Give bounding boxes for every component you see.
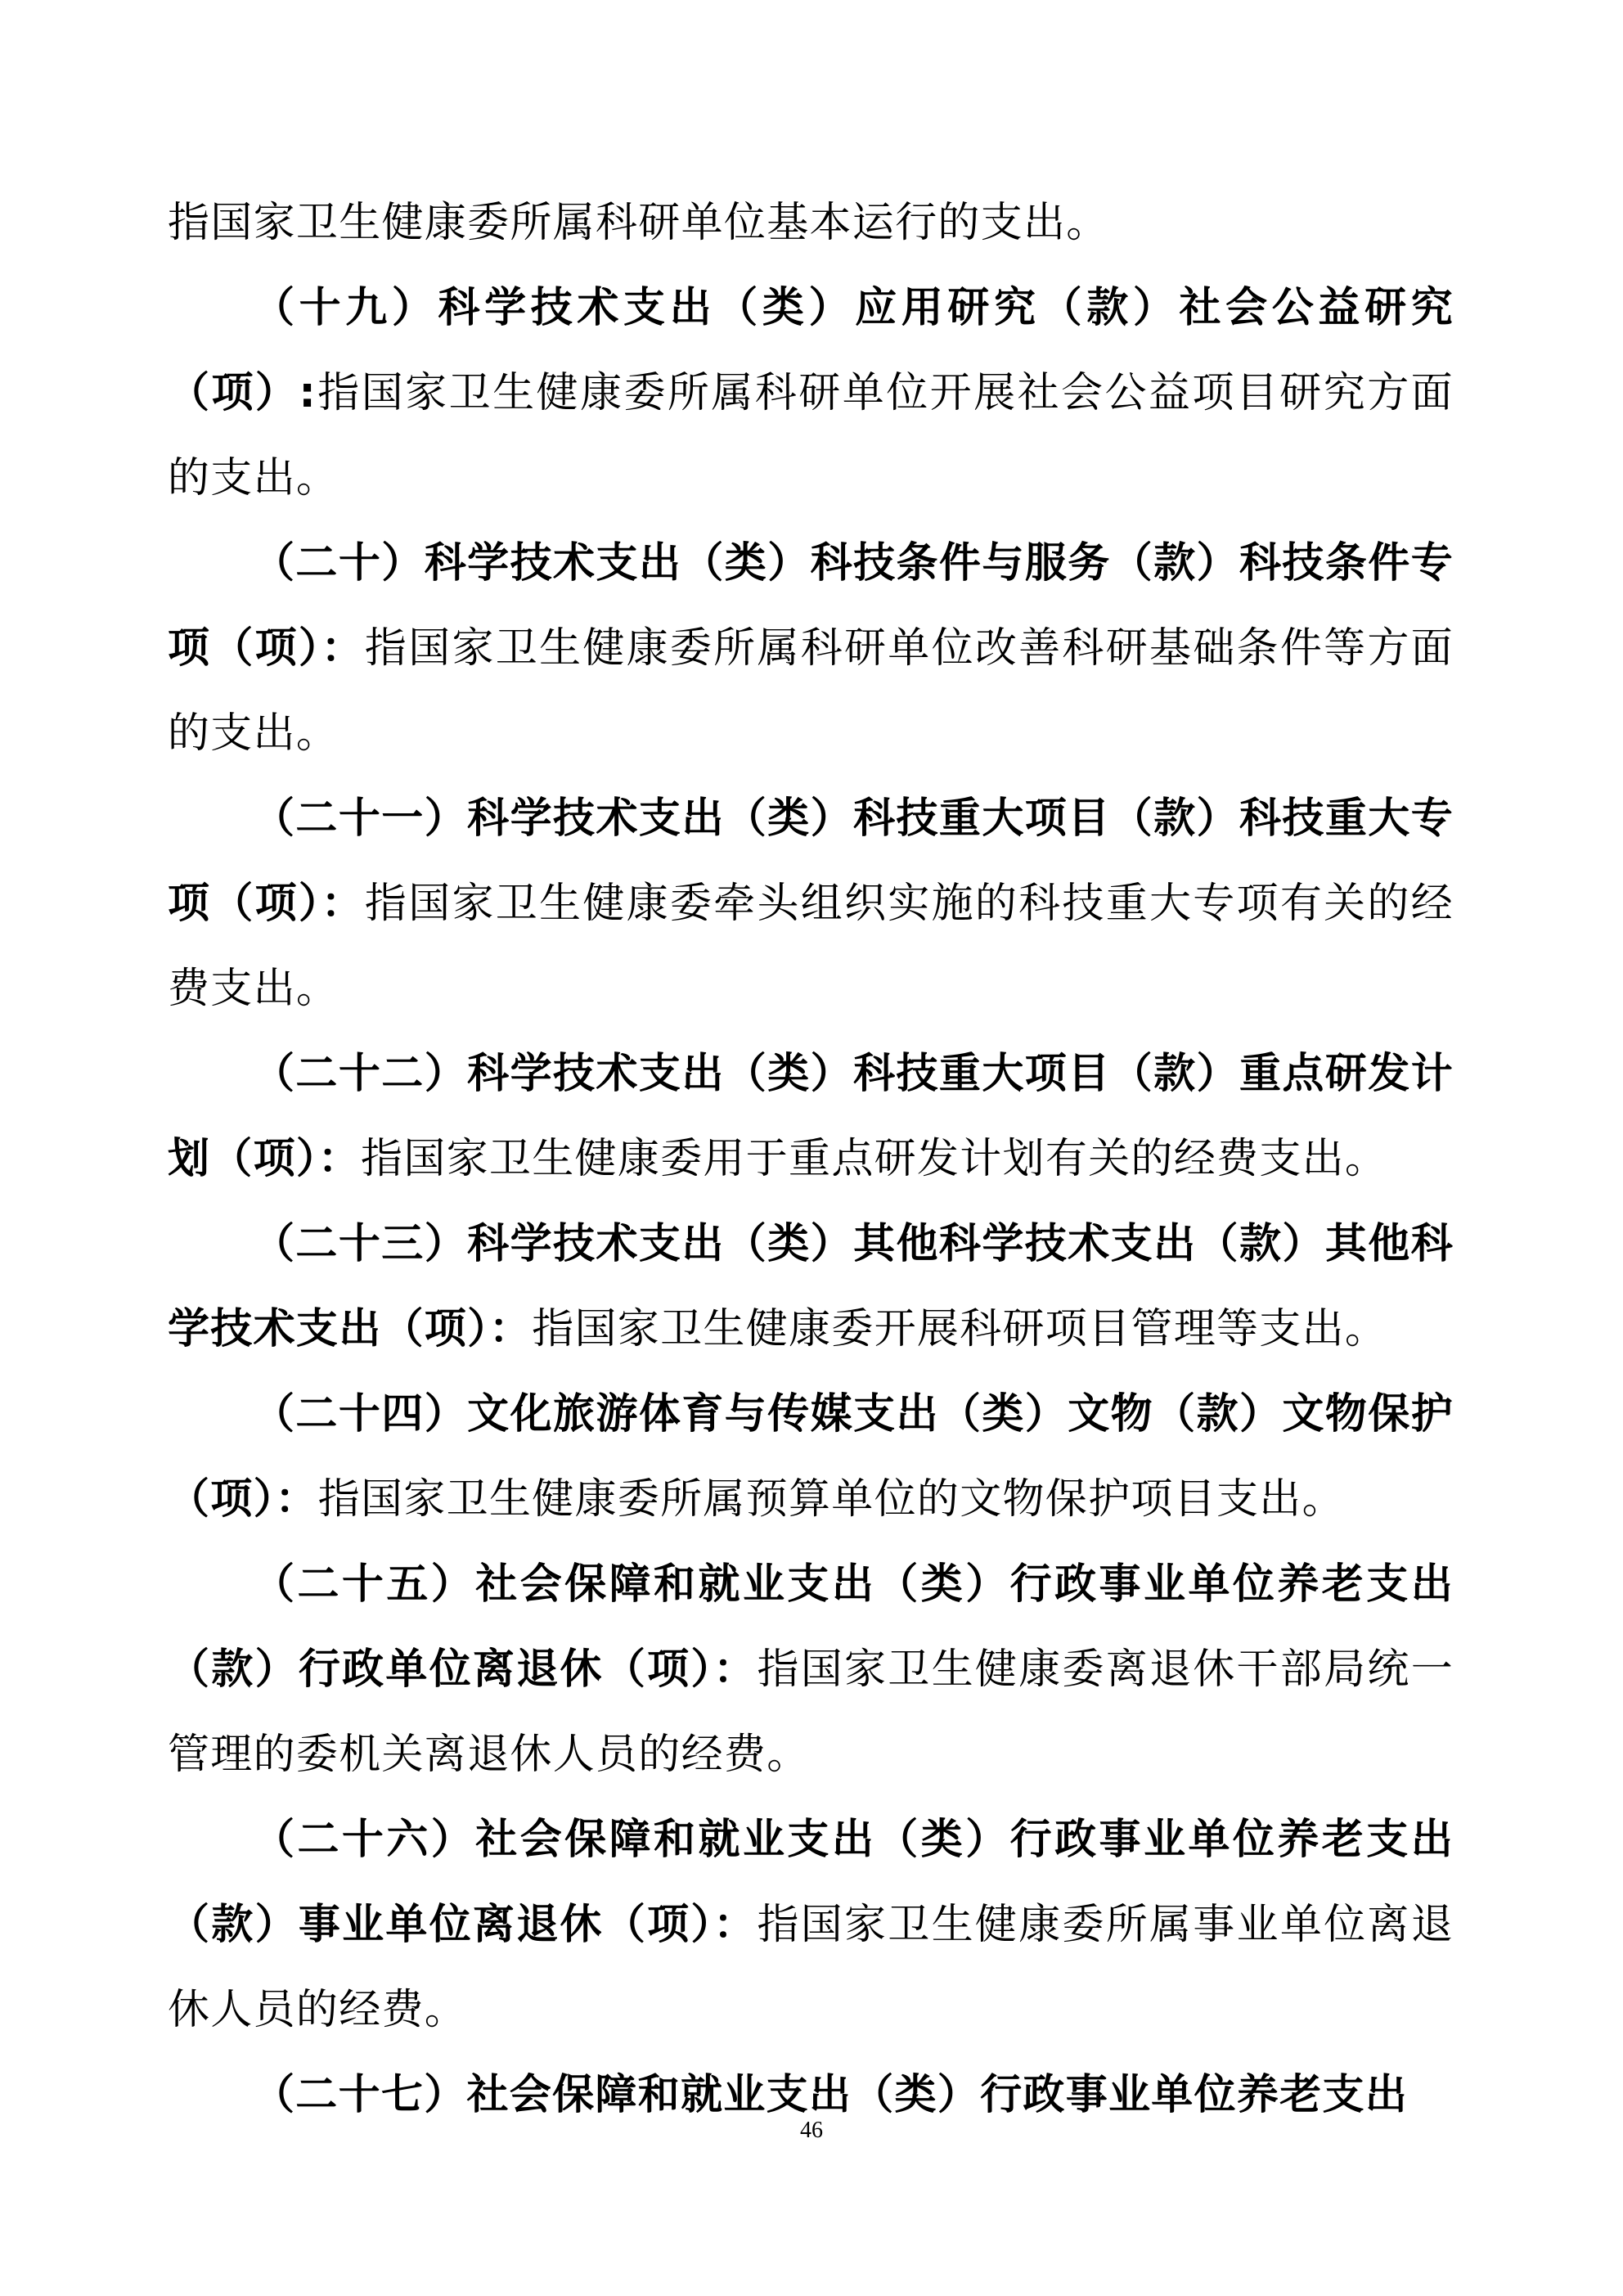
item-paragraph-22: （二十二）科学技术支出（类）科技重大项目（款）重点研发计划（项）：指国家卫生健康… [168,1032,1454,1202]
item-heading: （二十七）社会保障和就业支出（类）行政事业单位养老支出 [253,2071,1408,2119]
item-paragraph-23: （二十三）科学技术支出（类）其他科学技术支出（款）其他科学技术支出（项）：指国家… [168,1202,1454,1372]
item-paragraph-24: （二十四）文化旅游体育与传媒支出（类）文物（款）文物保护（项）：指国家卫生健康委… [168,1372,1454,1542]
item-description: 指国家卫生健康委用于重点研发计划有关的经费支出。 [361,1135,1387,1183]
item-paragraph-26: （二十六）社会保障和就业支出（类）行政事业单位养老支出（款）事业单位离退休（项）… [168,1798,1454,2053]
paragraph-description: 指国家卫生健康委所属科研单位基本运行的支出。 [168,199,1109,247]
item-paragraph-19: （十九）科学技术支出（类）应用研究（款）社会公益研究（项）:指国家卫生健康委所属… [168,266,1454,521]
item-paragraph-20: （二十）科学技术支出（类）科技条件与服务（款）科技条件专项（项）：指国家卫生健康… [168,521,1454,777]
item-description: 指国家卫生健康委所属预算单位的文物保护项目支出。 [318,1475,1345,1524]
item-paragraph-25: （二十五）社会保障和就业支出（类）行政事业单位养老支出（款）行政单位离退休（项）… [168,1542,1454,1798]
document-page-body: 指国家卫生健康委所属科研单位基本运行的支出。 （十九）科学技术支出（类）应用研究… [168,181,1454,2138]
page-number: 46 [0,2116,1623,2145]
item-description: 指国家卫生健康委开展科研项目管理等支出。 [532,1305,1387,1353]
item-description: 指国家卫生健康委所属科研单位开展社会公益项目研究方面的支出。 [168,369,1454,502]
continuation-paragraph: 指国家卫生健康委所属科研单位基本运行的支出。 [168,181,1454,266]
item-paragraph-21: （二十一）科学技术支出（类）科技重大项目（款）科技重大专项（项）：指国家卫生健康… [168,777,1454,1032]
